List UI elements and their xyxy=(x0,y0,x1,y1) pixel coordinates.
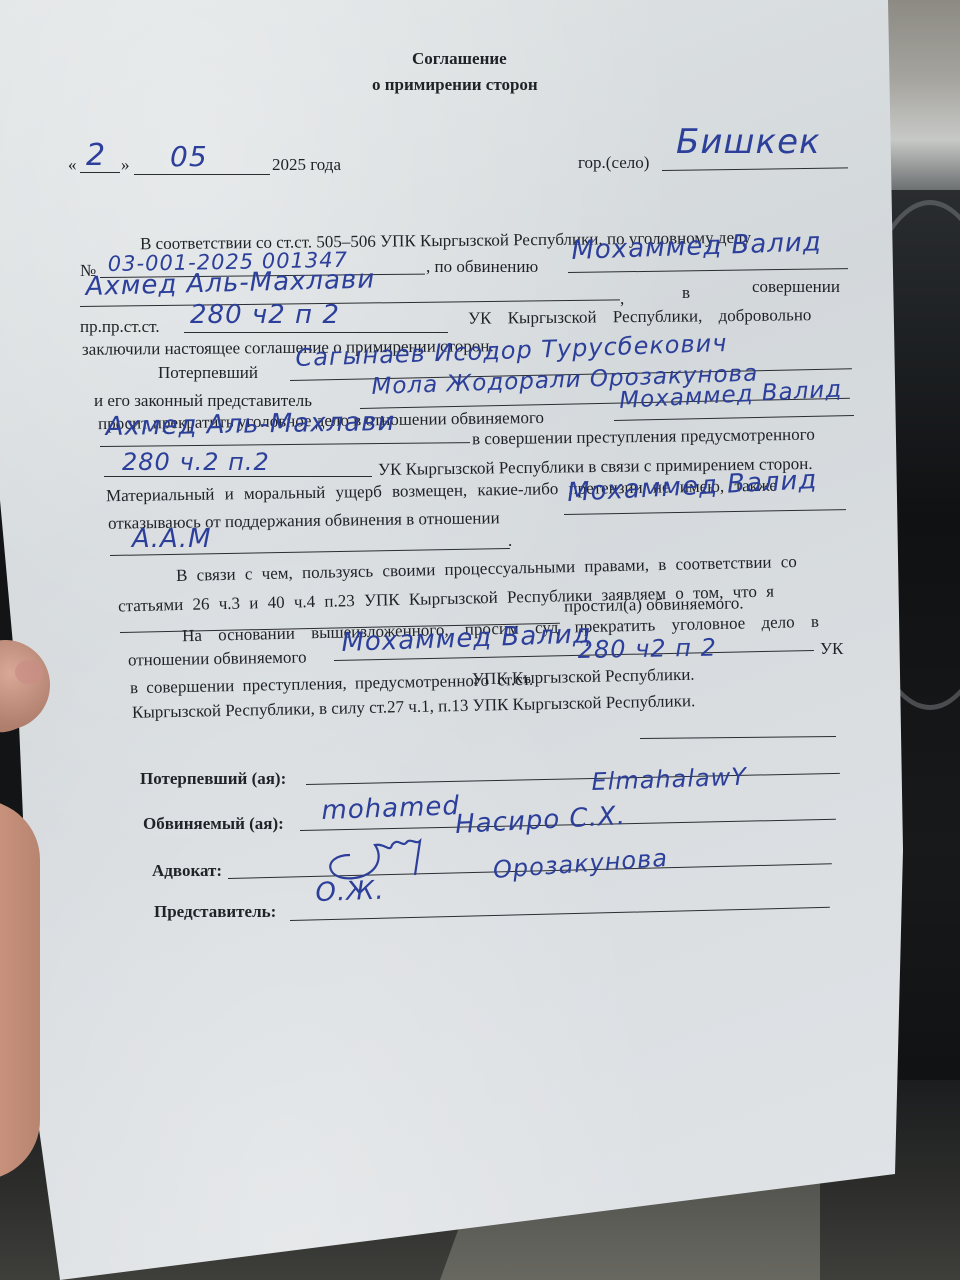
title-line-1: Соглашение xyxy=(412,50,507,67)
sig-label-victim: Потерпевший (ая): xyxy=(140,770,286,787)
date-day: 2 xyxy=(86,138,106,173)
p4-line3-rest: УПК Кыргызской Республики. xyxy=(472,666,695,688)
sig-label-lawyer: Адвокат: xyxy=(152,862,222,879)
p2-period: . xyxy=(508,532,512,549)
p4-uk-label: УК xyxy=(820,640,843,657)
p1-accusation-label: , по обвинению xyxy=(426,258,538,275)
p1-articles-label: пр.пр.ст.ст. xyxy=(80,318,160,335)
accused-name-2: Ахмед Аль-Махлави xyxy=(85,264,375,302)
p1-articles-value: 280 ч2 п 2 xyxy=(190,300,340,330)
p4-accused-label: отношении обвиняемого xyxy=(128,648,307,668)
date-close-quote: » xyxy=(121,156,130,173)
p2-accused-initials: А.А.М xyxy=(132,524,212,554)
sig-label-representative: Представитель: xyxy=(154,903,276,920)
p4-articles-value: 280 ч2 п 2 xyxy=(578,634,718,664)
rep-label: и его законный представитель xyxy=(94,392,312,409)
victim-label: Потерпевший xyxy=(158,364,258,381)
title-line-2: о примирении сторон xyxy=(372,76,538,93)
sig-representative-extra: Орозакунова xyxy=(492,844,669,884)
p3-line3-rest: простил(а) обвиняемого. xyxy=(564,594,744,614)
place-value: Бишкек xyxy=(676,122,821,162)
p2-articles-value: 280 ч.2 п.2 xyxy=(122,448,270,476)
p4-line4: Кыргызской Республики, в силу ст.27 ч.1,… xyxy=(132,692,696,721)
hand-palm xyxy=(0,800,40,1180)
p1-line4-rest: УК Кыргызской Республики, добровольно xyxy=(468,306,812,327)
sig-representative-handwritten: О.Ж. xyxy=(315,876,385,908)
sig-victim-handwritten: ElmahalawY xyxy=(591,763,747,796)
date-open-quote: « xyxy=(68,156,77,173)
document: Соглашение о примирении сторон « 2 » 05 … xyxy=(0,0,960,1280)
p1-comma: , xyxy=(620,290,624,307)
sig-accused-extra: Насиро С.Х. xyxy=(454,801,626,840)
date-year: 2025 года xyxy=(272,156,341,173)
p1-commit-word: совершении xyxy=(752,278,840,295)
thumb-nail xyxy=(15,660,43,684)
p2-accused-name-2: Ахмед Аль-Махлави xyxy=(105,407,395,442)
p2-crime-text: в совершении преступления предусмотренно… xyxy=(472,426,815,448)
p3-line1: В связи с чем, пользуясь своими процессу… xyxy=(176,553,797,584)
place-label: гор.(село) xyxy=(578,154,649,171)
sig-label-accused: Обвиняемый (ая): xyxy=(143,815,284,832)
p1-in-word: в xyxy=(682,284,690,301)
date-month: 05 xyxy=(170,140,208,173)
